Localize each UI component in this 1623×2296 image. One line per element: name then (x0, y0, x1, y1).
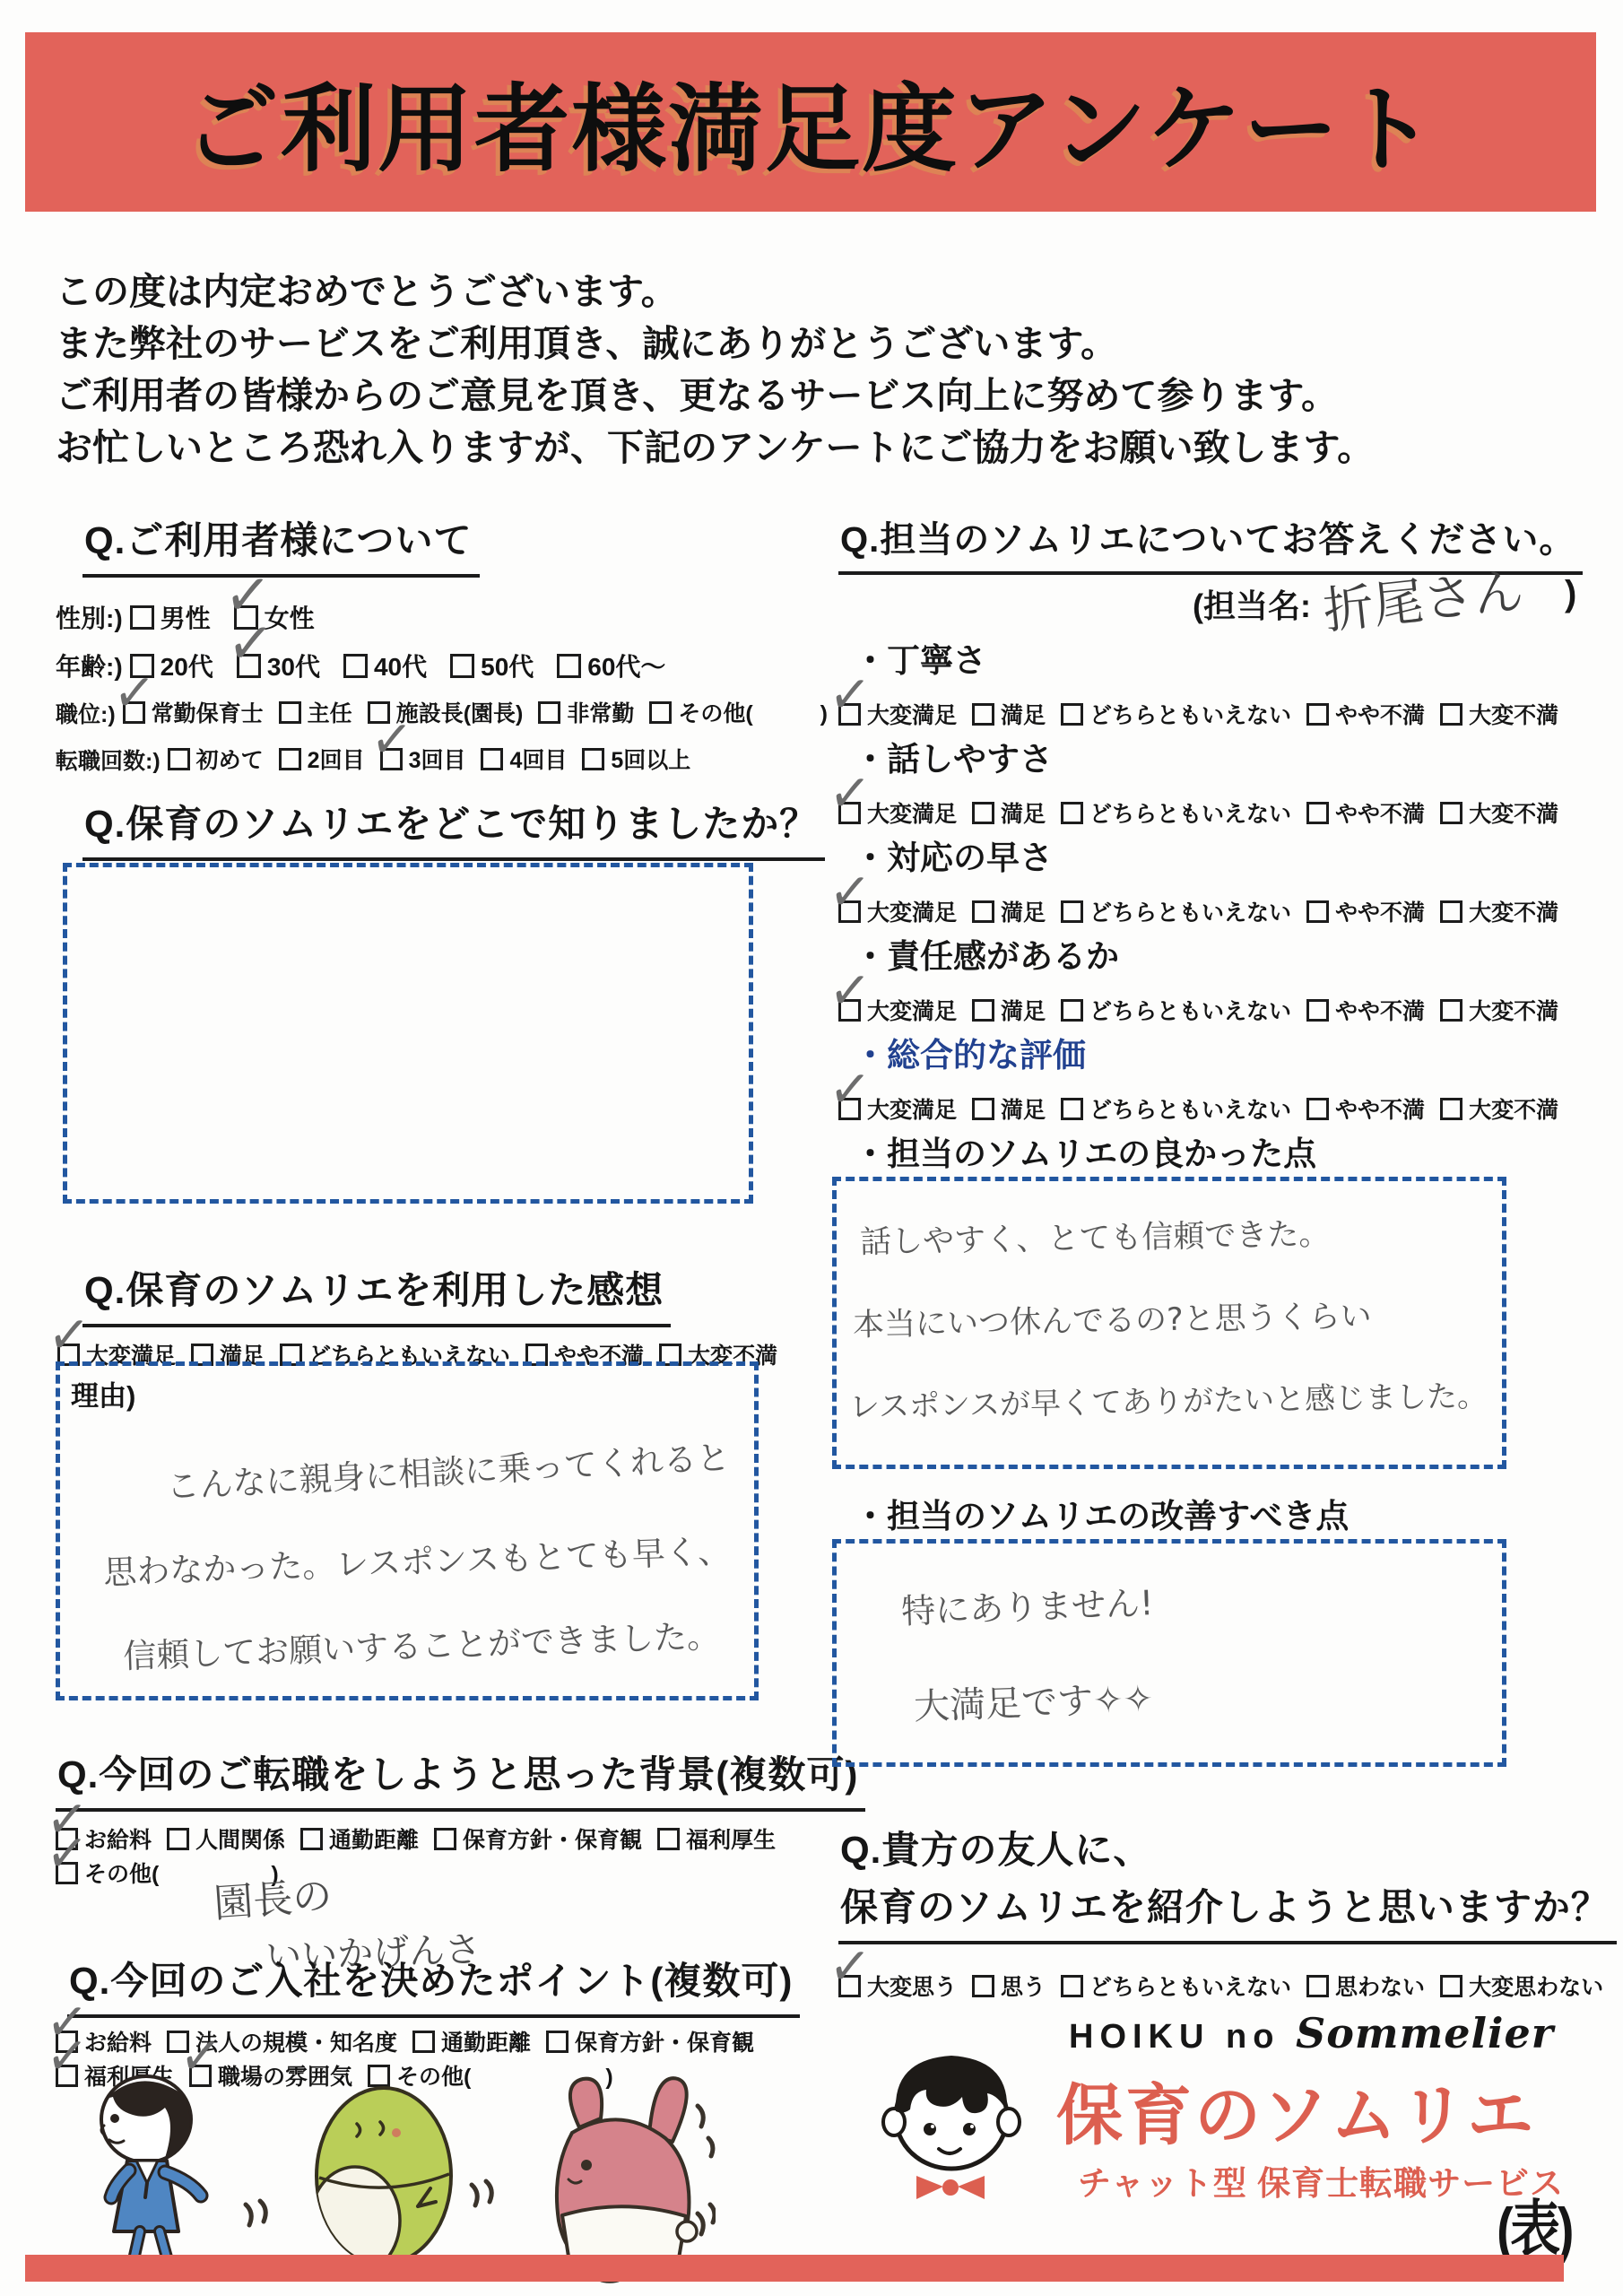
pink-rabbit-character (557, 2078, 697, 2282)
heading-where-known: Q.保育のソムリエをどこで知りましたか？ (82, 795, 825, 861)
checkbox[interactable] (56, 1828, 78, 1850)
bottom-bar (25, 2255, 1564, 2282)
rating-item-overall: ・総合的な評価 (854, 1028, 1086, 1076)
checkbox-option[interactable]: 保育方針・保育観 (434, 1822, 642, 1855)
checkbox[interactable] (450, 654, 474, 678)
checkbox-label: 満足 (1001, 994, 1046, 1026)
checkbox[interactable] (1061, 1975, 1083, 1997)
checkbox[interactable] (838, 1098, 861, 1120)
agent-name-suffix: ) (1565, 574, 1576, 614)
checkbox-option[interactable]: やや不満 (1306, 796, 1425, 829)
responsibility-scale-row: 大変満足✓満足どちらともいえないやや不満大変不満 (838, 994, 1574, 1028)
checkbox-option[interactable]: 満足 (972, 895, 1046, 927)
checkbox-label: 保育方針・保育観 (575, 2025, 754, 2057)
checkbox[interactable] (1061, 802, 1083, 824)
checkbox-label: 大変思う (867, 1970, 957, 2002)
logo-sommelier-script: Sommelier (1296, 2009, 1554, 2057)
checkbox-label: 20代 (161, 648, 213, 683)
checkbox[interactable] (557, 654, 581, 678)
heading-decision: Q.今回のご入社を決めたポイント(複数可) (67, 1952, 800, 2018)
checkbox-option[interactable]: 大変不満 (1440, 895, 1558, 927)
motion-marks (472, 2181, 491, 2205)
handwritten-reason-line: 信頼してお願いすることができました。 (122, 1608, 720, 1677)
label-improvement-points: ・担当のソムリエの改善すべき点 (854, 1489, 1349, 1537)
checkbox-label: やや不満 (1335, 698, 1425, 730)
checkbox-option[interactable]: 30代✓ (237, 648, 320, 683)
checkbox[interactable] (972, 802, 994, 824)
checkbox-label: どちらともいえない (1089, 698, 1291, 730)
checkbox[interactable] (838, 900, 861, 923)
decision-options-1: お給料✓法人の規模・知名度通勤距離保育方針・保育観 (56, 2025, 769, 2059)
heading-about-user: Q.ご利用者様について (82, 511, 480, 578)
checkbox-label: その他( ) (678, 696, 828, 728)
checkbox[interactable] (1061, 1098, 1083, 1120)
checkbox[interactable] (279, 701, 301, 724)
checkbox-label: 60代～ (587, 648, 665, 683)
motion-marks (246, 2201, 265, 2225)
heading-impression: Q.保育のソムリエを利用した感想 (82, 1261, 671, 1327)
checkbox-label: どちらともいえない (1089, 1970, 1291, 2002)
checkbox-label: 3回目 (409, 743, 466, 775)
checkbox-label: 人間関係 (195, 1822, 285, 1855)
checkbox-option[interactable]: お給料✓ (56, 1822, 152, 1855)
friend-scale-row: 大変思う✓思うどちらともいえない思わない大変思わない (838, 1970, 1619, 2004)
checkbox[interactable] (1440, 703, 1462, 726)
checkbox-option[interactable]: 大変不満 (1440, 994, 1558, 1026)
heading-background: Q.今回のご転職をしようと思った背景(複数可) (56, 1745, 865, 1812)
checkbox-option[interactable]: 常勤保育士✓ (123, 696, 264, 728)
checkbox-label: どちらともいえない (1089, 895, 1291, 927)
checkbox-option[interactable]: 主任 (279, 696, 352, 728)
intro-line: また弊社のサービスをご利用頂き、誠にありがとうございます。 (56, 317, 1374, 370)
checkbox-option[interactable]: 男性 (130, 599, 211, 635)
checkbox-label: やや不満 (1335, 895, 1425, 927)
rating-item-ease-of-talking: ・話しやすさ (854, 732, 1053, 780)
handwritten-reason-line: こんなに親身に相談に乗ってくれると (165, 1431, 731, 1509)
checkbox-label: 5回以上 (611, 743, 690, 775)
checkbox-label: 大変思わない (1469, 1970, 1603, 2002)
checkbox[interactable] (167, 1828, 189, 1850)
title-banner: ご利用者様満足度アンケート (25, 32, 1596, 212)
checkbox-option[interactable]: どちらともいえない (1061, 1092, 1291, 1125)
checkbox-option[interactable]: 思わない (1306, 1970, 1425, 2002)
checkbox-label: 施設長(園長) (396, 696, 524, 728)
checkbox[interactable] (1061, 999, 1083, 1022)
checkbox-option[interactable]: 人間関係 (167, 1822, 285, 1855)
checkbox-option[interactable]: 通勤距離 (412, 2025, 531, 2057)
checkbox-label: お給料 (84, 1822, 152, 1855)
checkbox-label: 思う (1001, 1970, 1046, 2002)
checkbox-label: 2回目 (308, 743, 365, 775)
position-options: 常勤保育士✓主任施設長(園長)非常勤その他( ) (123, 696, 843, 730)
job-change-count-options: 初めて2回目3回目✓4回目5回以上 (168, 743, 707, 777)
checkbox-option[interactable]: 2回目 (279, 743, 365, 775)
checkbox-label: 大変満足 (867, 698, 957, 730)
ease-of-talking-options: 大変満足✓満足どちらともいえないやや不満大変不満 (838, 796, 1574, 831)
checkbox[interactable] (1440, 1098, 1462, 1120)
response-speed-options: 大変満足✓満足どちらともいえないやや不満大変不満 (838, 895, 1574, 929)
impression-reason-box[interactable]: 理由) こんなに親身に相談に乗ってくれると 思わなかった。レスポンスもとても早く… (56, 1361, 759, 1700)
friend-options: 大変思う✓思うどちらともいえない思わない大変思わない (838, 1970, 1619, 2004)
checkbox[interactable] (1440, 900, 1462, 923)
checkbox-label: 福利厚生 (686, 1822, 776, 1855)
handwritten-good-line: レスポンスが早くてありがたいと感じました。 (849, 1371, 1488, 1426)
checkbox-option[interactable]: どちらともいえない (1061, 895, 1291, 927)
handwritten-good-line: 本当にいつ休んでるの?と思うくらい (853, 1291, 1372, 1345)
job-change-count-row: 転職回数:) 初めて2回目3回目✓4回目5回以上 (56, 743, 706, 777)
responsibility-options: 大変満足✓満足どちらともいえないやや不満大変不満 (838, 994, 1574, 1028)
checkbox[interactable] (56, 1862, 78, 1884)
checkbox-label: 女性 (265, 599, 315, 635)
checkbox-option[interactable]: 20代 (130, 648, 213, 683)
checkbox[interactable] (380, 748, 403, 770)
checkbox[interactable] (234, 605, 258, 630)
checkbox-label: やや不満 (1335, 994, 1425, 1026)
motion-marks (698, 2106, 715, 2234)
checkbox-option[interactable]: 施設長(園長) (368, 696, 524, 728)
checkbox-option[interactable]: 50代 (450, 648, 534, 683)
checkbox-option[interactable]: 女性✓ (234, 599, 315, 635)
checkbox-label: 満足 (1001, 1092, 1046, 1125)
heading-friend-line2: 保育のソムリエを紹介しようと思いますか？ (838, 1878, 1617, 1944)
checkbox-option[interactable]: 60代～ (557, 648, 665, 683)
checkbox[interactable] (582, 748, 604, 770)
checkbox-label: 満足 (1001, 796, 1046, 829)
age-options: 20代30代✓40代50代60代～ (130, 648, 690, 684)
checkbox-option[interactable]: 満足 (972, 698, 1046, 730)
checkbox[interactable] (237, 654, 261, 678)
checkbox[interactable] (56, 2031, 78, 2053)
reason-label: 理由) (71, 1373, 135, 1413)
checkbox[interactable] (123, 701, 145, 724)
checkbox-option[interactable]: 5回以上 (582, 743, 690, 775)
handwritten-improve-line: 大満足です✧✧ (913, 1670, 1154, 1729)
checkbox-option[interactable]: 大変思う✓ (838, 1970, 957, 2002)
logo-tagline: チャット型 保育士転職サービス (1078, 2156, 1564, 2205)
checkbox-label: 法人の規模・知名度 (195, 2025, 397, 2057)
checkbox-label: 4回目 (509, 743, 567, 775)
checkbox-label: 大変満足 (867, 895, 957, 927)
checkbox-option[interactable]: やや不満 (1306, 895, 1425, 927)
checkbox-label: 大変満足 (867, 994, 957, 1026)
handwritten-good-line: 話しやすく、とても信頼できた。 (860, 1209, 1331, 1262)
checkbox[interactable] (972, 1098, 994, 1120)
checkbox[interactable] (972, 1975, 994, 1997)
handwritten-background-line: 園長の (212, 1863, 334, 1928)
checkbox[interactable] (1061, 900, 1083, 923)
good-points-answer-box[interactable]: 話しやすく、とても信頼できた。 本当にいつ休んでるの?と思うくらい レスポンスが… (832, 1177, 1506, 1469)
checkbox-option[interactable]: 満足 (972, 994, 1046, 1026)
checkbox[interactable] (1440, 802, 1462, 824)
checkbox[interactable] (481, 748, 503, 770)
checkbox[interactable] (1306, 999, 1329, 1022)
checkbox-option[interactable]: 満足 (972, 1092, 1046, 1125)
row-label: 年齢:) (56, 648, 123, 683)
checkbox-label: 大変満足 (867, 1092, 957, 1125)
checkbox-label: どちらともいえない (1089, 796, 1291, 829)
logo-wordmark-jp: 保育のソムリエ (1056, 2063, 1536, 2158)
overall-scale-row: 大変満足✓満足どちらともいえないやや不満大変不満 (838, 1092, 1574, 1126)
checkbox-option[interactable]: 初めて (168, 743, 264, 775)
checkbox[interactable] (343, 654, 368, 678)
checkbox[interactable] (130, 605, 154, 630)
checkbox[interactable] (434, 1828, 456, 1850)
heading-friend-line1: Q.貴方の友人に、 (838, 1821, 1159, 1874)
rating-item-responsibility: ・責任感があるか (854, 929, 1119, 978)
checkbox-label: 大変満足 (867, 796, 957, 829)
response-speed-scale-row: 大変満足✓満足どちらともいえないやや不満大変不満 (838, 895, 1574, 929)
intro-line: お忙しいところ恐れ入りますが、下記のアンケートにご協力をお願い致します。 (56, 422, 1374, 474)
checkbox-label: 大変不満 (1469, 1092, 1558, 1125)
checkbox[interactable] (838, 802, 861, 824)
row-label: 性別:) (56, 599, 123, 635)
checkbox-option[interactable]: どちらともいえない (1061, 698, 1291, 730)
checkbox[interactable] (412, 2031, 435, 2053)
label-good-points: ・担当のソムリエの良かった点 (854, 1126, 1316, 1175)
checkbox-label: 30代 (267, 648, 320, 683)
background-row-1: お給料✓人間関係通勤距離保育方針・保育観福利厚生 (56, 1822, 791, 1857)
checkbox-option[interactable]: 大変思わない (1440, 1970, 1603, 2002)
checkbox-option[interactable]: 大変不満 (1440, 796, 1558, 829)
checkbox[interactable] (1306, 802, 1329, 824)
intro-line: この度は内定おめでとうございます。 (56, 265, 1374, 317)
checkbox-label: 通勤距離 (441, 2025, 531, 2057)
checkbox[interactable] (546, 2031, 568, 2053)
checkbox-label: 大変不満 (1469, 796, 1558, 829)
checkbox-option[interactable]: お給料✓ (56, 2025, 152, 2057)
checkbox[interactable] (167, 2031, 189, 2053)
where-known-answer-box[interactable] (63, 863, 753, 1204)
mascot-characters-illustration (70, 2070, 716, 2285)
checkbox[interactable] (1061, 703, 1083, 726)
logo-boy-face-icon (872, 2034, 1035, 2206)
checkbox-label: 大変不満 (1469, 994, 1558, 1026)
checkbox-label: 満足 (1001, 698, 1046, 730)
checkbox[interactable] (1306, 1098, 1329, 1120)
checkbox[interactable] (972, 703, 994, 726)
checkbox[interactable] (972, 900, 994, 923)
gender-row: 性別:) 男性女性✓ (56, 599, 338, 636)
checkbox-option[interactable]: 大変不満 (1440, 1092, 1558, 1125)
checkbox[interactable] (538, 701, 560, 724)
background-options-1: お給料✓人間関係通勤距離保育方針・保育観福利厚生 (56, 1822, 791, 1857)
checkbox[interactable] (972, 999, 994, 1022)
checkbox-option[interactable]: 大変満足✓ (838, 698, 957, 730)
checkbox-label: 思わない (1335, 1970, 1425, 2002)
agent-name-prefix: (担当名: (1193, 587, 1311, 624)
checkbox-option[interactable]: 大変満足✓ (838, 994, 957, 1026)
checkbox-label: やや不満 (1335, 1092, 1425, 1125)
rating-item-response-speed: ・対応の早さ (854, 831, 1053, 879)
checkbox-option[interactable]: 大変満足✓ (838, 895, 957, 927)
ease-of-talking-scale-row: 大変満足✓満足どちらともいえないやや不満大変不満 (838, 796, 1574, 831)
checkbox[interactable] (838, 1975, 861, 1997)
checkbox-option[interactable]: どちらともいえない (1061, 994, 1291, 1026)
politeness-options: 大変満足✓満足どちらともいえないやや不満大変不満 (838, 698, 1574, 732)
checkbox-label: 大変不満 (1469, 895, 1558, 927)
checkbox-option[interactable]: 大変満足✓ (838, 1092, 957, 1125)
checkbox[interactable] (1440, 999, 1462, 1022)
checkbox-option[interactable]: 大変満足✓ (838, 796, 957, 829)
checkbox-option[interactable]: その他( ) (649, 696, 828, 728)
checkbox[interactable] (368, 701, 390, 724)
checkbox-option[interactable]: 非常勤 (538, 696, 634, 728)
row-label: 転職回数:) (56, 744, 161, 776)
logo-hoiku-no: HOIKU no (1069, 2018, 1280, 2056)
page-title: ご利用者様満足度アンケート (184, 54, 1437, 190)
checkbox-option[interactable]: 法人の規模・知名度 (167, 2025, 397, 2057)
checkbox-option[interactable]: 思う (972, 1970, 1046, 2002)
checkbox[interactable] (130, 654, 154, 678)
checkbox-label: 常勤保育士 (152, 696, 264, 728)
checkbox-label: 非常勤 (567, 696, 634, 728)
checkbox-option[interactable]: 4回目 (481, 743, 567, 775)
checkbox[interactable] (838, 999, 861, 1022)
checkbox-option[interactable]: やや不満 (1306, 698, 1425, 730)
checkbox-label: 満足 (1001, 895, 1046, 927)
checkbox-label: お給料 (84, 2025, 152, 2057)
checkbox[interactable] (649, 701, 672, 724)
checkbox-label: 通勤距離 (329, 1822, 419, 1855)
intro-line: ご利用者の皆様からのご意見を頂き、更なるサービス向上に努めて参ります。 (56, 370, 1374, 422)
checkbox-label: 50代 (481, 648, 534, 683)
checkbox-option[interactable]: 福利厚生 (657, 1822, 776, 1855)
checkbox-option[interactable]: やや不満 (1306, 994, 1425, 1026)
checkbox-option[interactable]: 大変不満 (1440, 698, 1558, 730)
survey-page: ご利用者様満足度アンケート この度は内定おめでとうございます。 また弊社のサービ… (0, 0, 1623, 2296)
position-row: 職位:) 常勤保育士✓主任施設長(園長)非常勤その他( ) (56, 696, 843, 730)
checkbox[interactable] (279, 748, 301, 770)
checkbox-option[interactable]: 40代 (343, 648, 427, 683)
checkbox-label: どちらともいえない (1089, 994, 1291, 1026)
handwritten-reason-line: 思わなかった。レスポンスもとても早く、 (102, 1524, 732, 1594)
agent-name-line: (担当名: (1193, 581, 1311, 627)
logo-wordmark-en: HOIKU no Sommelier (1069, 2009, 1554, 2057)
checkbox-option[interactable]: どちらともいえない (1061, 796, 1291, 829)
checkbox-option[interactable]: どちらともいえない (1061, 1970, 1291, 2002)
checkbox[interactable] (657, 1828, 680, 1850)
handwritten-improve-line: 特にありません! (900, 1575, 1154, 1633)
boy-character (101, 2076, 201, 2264)
checkbox-option[interactable]: 満足 (972, 796, 1046, 829)
politeness-scale-row: 大変満足✓満足どちらともいえないやや不満大変不満 (838, 698, 1574, 732)
green-bean-character (310, 2088, 451, 2277)
checkbox[interactable] (1306, 703, 1329, 726)
checkbox[interactable] (1440, 1975, 1462, 1997)
checkbox[interactable] (838, 703, 861, 726)
decision-row-1: お給料✓法人の規模・知名度通勤距離保育方針・保育観 (56, 2025, 769, 2059)
checkbox[interactable] (1306, 900, 1329, 923)
checkbox-option[interactable]: やや不満 (1306, 1092, 1425, 1125)
checkbox-option[interactable]: 通勤距離 (300, 1822, 419, 1855)
checkbox-label: 男性 (161, 599, 211, 635)
age-row: 年齢:) 20代30代✓40代50代60代～ (56, 648, 689, 684)
checkbox-label: 保育方針・保育観 (463, 1822, 642, 1855)
improvement-points-answer-box[interactable]: 特にありません! 大満足です✧✧ (832, 1539, 1506, 1767)
overall-options: 大変満足✓満足どちらともいえないやや不満大変不満 (838, 1092, 1574, 1126)
checkbox[interactable] (300, 1828, 323, 1850)
gender-options: 男性女性✓ (130, 599, 338, 636)
checkbox-label: 主任 (308, 696, 352, 728)
checkbox-label: どちらともいえない (1089, 1092, 1291, 1125)
checkbox-label: 大変不満 (1469, 698, 1558, 730)
checkbox-label: 初めて (196, 743, 264, 775)
checkbox[interactable] (168, 748, 190, 770)
rating-item-politeness: ・丁寧さ (854, 633, 986, 682)
checkbox-label: やや不満 (1335, 796, 1425, 829)
checkbox-label: 40代 (374, 648, 427, 683)
checkbox-option[interactable]: 保育方針・保育観 (546, 2025, 754, 2057)
checkbox-option[interactable]: 3回目✓ (380, 743, 466, 775)
checkbox[interactable] (1306, 1975, 1329, 1997)
row-label: 職位:) (56, 697, 116, 729)
intro-text: この度は内定おめでとうございます。 また弊社のサービスをご利用頂き、誠にありがと… (56, 265, 1374, 474)
